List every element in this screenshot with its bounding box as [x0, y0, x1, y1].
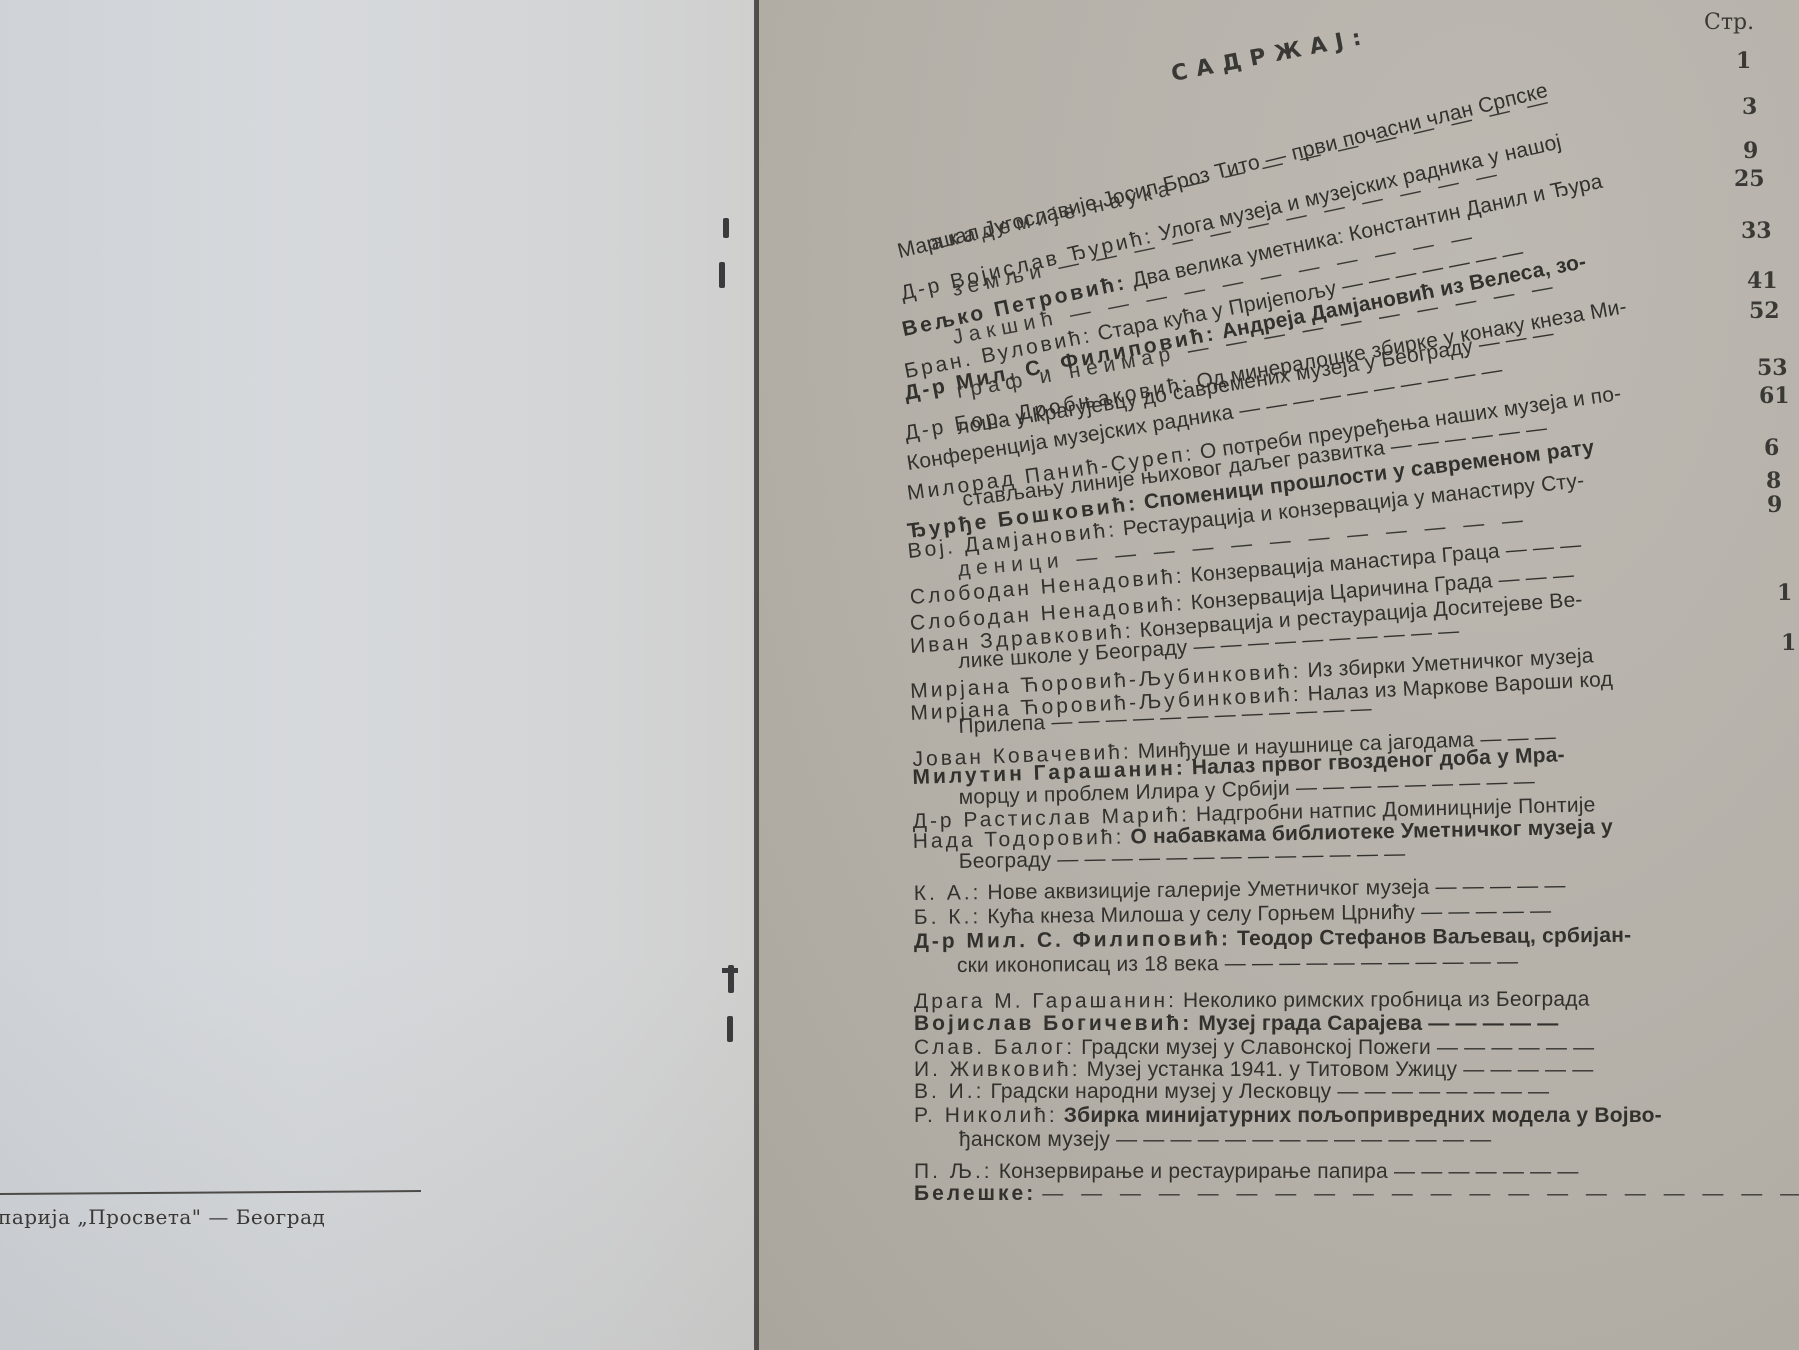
staple-icon	[728, 965, 734, 993]
entry-author: В. И.:	[914, 1080, 984, 1103]
page-number: 3	[1742, 94, 1757, 120]
entry-title: Музеј устанка 1941. у Титовом Ужицу — — …	[1087, 1058, 1594, 1081]
entry-author: К. А.:	[914, 881, 982, 905]
entry-title: Кућа кнеза Милоша у селу Горњем Црнићу —…	[987, 899, 1551, 928]
page-shadow	[0, 950, 756, 1350]
page-number: 41	[1747, 268, 1778, 294]
page-number: 9	[1767, 492, 1782, 518]
toc-entry: Војислав Богичевић: Музеј града Сарајева…	[914, 1012, 1558, 1036]
table-of-contents: Стр. САДРЖАЈ: 1 3 9 25 33 41 52 53 61 6 …	[759, 0, 1799, 1350]
toc-entry: И. Живковић: Музеј устанка 1941. у Титов…	[914, 1058, 1593, 1082]
toc-title: САДРЖАЈ:	[1169, 24, 1372, 87]
page-number: 6	[1764, 435, 1779, 461]
page-number: 9	[1743, 138, 1758, 164]
toc-entry: Драга М. Гарашанин: Неколико римских гро…	[914, 988, 1590, 1014]
page-column-label: Стр.	[1704, 10, 1754, 35]
left-page: парија „Просвета" — Београд	[0, 0, 756, 1350]
page-number: 53	[1757, 355, 1788, 381]
page-number: 8	[1766, 468, 1781, 494]
printer-imprint: парија „Просвета" — Београд	[0, 1205, 325, 1229]
entry-title: Музеј града Сарајева — — — — —	[1198, 1012, 1558, 1035]
entry-title: Збирка минијатурних пољопривредних модел…	[1064, 1104, 1662, 1127]
entry-continuation: ђанском музеју — — — — — — — — — — — — —…	[959, 1128, 1491, 1151]
entry-title: Градски народни музеј у Лесковцу — — — —…	[991, 1080, 1550, 1103]
page-number: 52	[1749, 298, 1780, 324]
entry-author: Војислав Богичевић:	[914, 1012, 1192, 1035]
entry-author: Р. Николић:	[914, 1104, 1058, 1127]
toc-entry: Слав. Балог: Градски музеј у Славонској …	[914, 1036, 1594, 1060]
toc-entry: Р. Николић: Збирка минијатурних пољоприв…	[914, 1104, 1662, 1128]
toc-entry: П. Љ.: Конзервирање и рестаурирање папир…	[914, 1160, 1579, 1184]
entry-author: П. Љ.:	[914, 1160, 993, 1183]
toc-entry: Д-р Мил. С. Филиповић: Теодор Стефанов В…	[914, 924, 1632, 954]
page-number: 33	[1741, 218, 1772, 244]
page-number: 25	[1734, 166, 1765, 192]
entry-author: Белешке:	[914, 1182, 1036, 1205]
page-number: 1	[1736, 48, 1751, 74]
staple-hole-icon	[719, 262, 725, 288]
staple-hole-icon	[727, 1016, 733, 1042]
page-number: 1	[1777, 580, 1792, 606]
right-page: Стр. САДРЖАЈ: 1 3 9 25 33 41 52 53 61 6 …	[759, 0, 1799, 1350]
entry-title: Неколико римских гробница из Београда	[1183, 988, 1590, 1012]
entry-continuation: ски иконописац из 18 века — — — — — — — …	[957, 950, 1519, 977]
page-number: 61	[1759, 383, 1790, 409]
entry-author: Слав. Балог:	[914, 1036, 1075, 1059]
toc-entry: Белешке: — — — — — — — — — — — — — — — —…	[914, 1182, 1799, 1206]
entry-title: Теодор Стефанов Ваљевац, србијан-	[1237, 924, 1631, 950]
entry-title: — — — — — — — — — — — — — — — — — — — —	[1042, 1182, 1799, 1205]
entry-author: Д-р Мил. С. Филиповић:	[914, 927, 1231, 953]
toc-entry: В. И.: Градски народни музеј у Лесковцу …	[914, 1080, 1549, 1104]
staple-hole-icon	[723, 218, 729, 238]
toc-entry-continuation: ски иконописац из 18 века — — — — — — — …	[957, 950, 1519, 978]
entry-title: Градски музеј у Славонској Пожеги — — — …	[1081, 1036, 1594, 1059]
entry-title: Конзервирање и рестаурирање папира — — —…	[999, 1160, 1579, 1183]
entry-author: И. Живковић:	[914, 1058, 1081, 1081]
entry-author: Б. К.:	[914, 905, 982, 929]
toc-entry-continuation: ђанском музеју — — — — — — — — — — — — —…	[959, 1128, 1491, 1152]
page-number: 1	[1781, 630, 1796, 656]
entry-author: Драга М. Гарашанин:	[914, 989, 1177, 1013]
book-spread: парија „Просвета" — Београд Стр. САДРЖАЈ…	[0, 0, 1799, 1350]
